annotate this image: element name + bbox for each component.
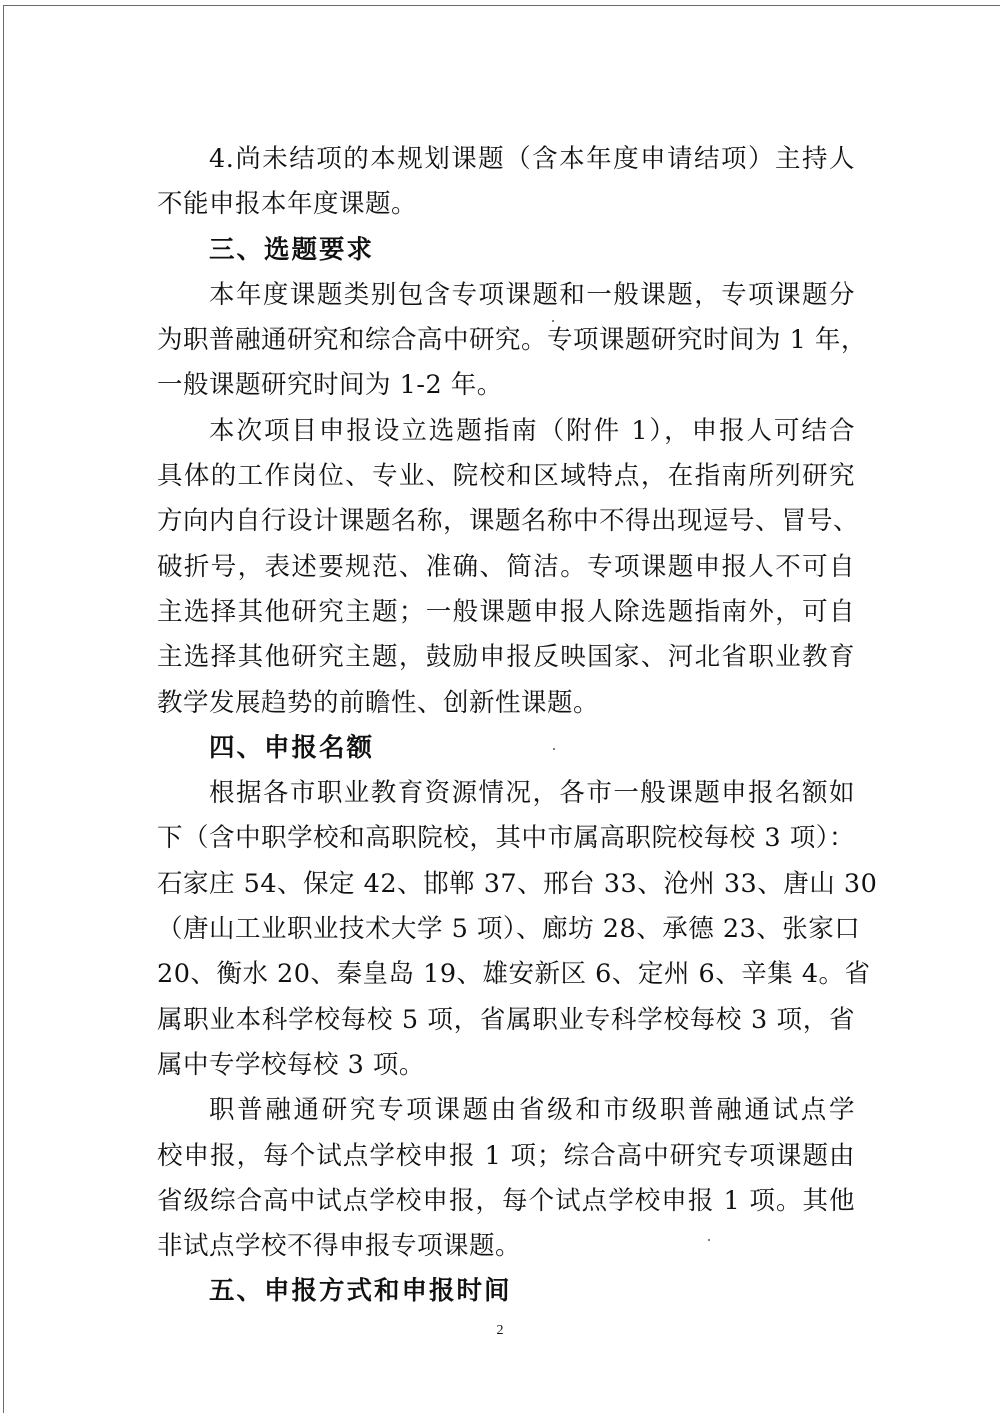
paragraph-topic-categories-line-1: 本年度课题类别包含专项课题和一般课题，专项课题分 [157,273,855,318]
paragraph-topic-guide-line-7: 教学发展趋势的前瞻性、创新性课题。 [157,681,855,726]
section-heading-3: 三、选题要求 [157,228,855,273]
paragraph-quota-line-2: 下（含中职学校和高职院校，其中市属高职院校每校 3 项）： [157,816,855,861]
paragraph-special-topics-line-1: 职普融通研究专项课题由省级和市级职普融通试点学 [157,1088,855,1133]
paragraph-special-topics-line-4: 非试点学校不得申报专项课题。 [157,1224,855,1269]
paragraph-topic-guide-line-4: 破折号，表述要规范、准确、简洁。专项课题申报人不可自 [157,545,855,590]
scan-speck [708,1239,710,1241]
paragraph-special-topics-line-3: 省级综合高中试点学校申报，每个试点学校申报 1 项。其他 [157,1179,855,1224]
paragraph-topic-guide-line-6: 主选择其他研究主题，鼓励申报反映国家、河北省职业教育 [157,635,855,680]
paragraph-special-topics-line-2: 校申报，每个试点学校申报 1 项；综合高中研究专项课题由 [157,1134,855,1179]
paragraph-topic-guide-line-2: 具体的工作岗位、专业、院校和区域特点，在指南所列研究 [157,454,855,499]
paragraph-topic-categories-line-3: 一般课题研究时间为 1-2 年。 [157,363,855,408]
document-body: 4.尚未结项的本规划课题（含本年度申请结项）主持人 不能申报本年度课题。 三、选… [157,137,855,1315]
paragraph-quota-line-7: 属中专学校每校 3 项。 [157,1043,855,1088]
paragraph-topic-guide-line-5: 主选择其他研究主题；一般课题申报人除选题指南外，可自 [157,590,855,635]
page-number: 2 [0,1323,1000,1339]
scan-speck [553,748,555,750]
scan-speck [552,320,554,322]
scan-border-top [3,5,1000,6]
scan-border-left [3,5,4,1413]
paragraph-item-4-line-1: 4.尚未结项的本规划课题（含本年度申请结项）主持人 [157,137,855,182]
paragraph-quota-line-4: （唐山工业职业技术大学 5 项）、廊坊 28、承德 23、张家口 [157,907,855,952]
paragraph-topic-guide-line-1: 本次项目申报设立选题指南（附件 1），申报人可结合 [157,409,855,454]
paragraph-item-4-line-2: 不能申报本年度课题。 [157,182,855,227]
paragraph-topic-guide-line-3: 方向内自行设计课题名称，课题名称中不得出现逗号、冒号、 [157,499,855,544]
paragraph-topic-categories-line-2: 为职普融通研究和综合高中研究。专项课题研究时间为 1 年， [157,318,855,363]
paragraph-quota-line-5: 20、衡水 20、秦皇岛 19、雄安新区 6、定州 6、辛集 4。省 [157,952,855,997]
section-heading-5: 五、申报方式和申报时间 [157,1269,855,1314]
paragraph-quota-line-3: 石家庄 54、保定 42、邯郸 37、邢台 33、沧州 33、唐山 30 [157,862,855,907]
section-heading-4: 四、申报名额 [157,726,855,771]
paragraph-quota-line-6: 属职业本科学校每校 5 项，省属职业专科学校每校 3 项，省 [157,998,855,1043]
paragraph-quota-line-1: 根据各市职业教育资源情况，各市一般课题申报名额如 [157,771,855,816]
